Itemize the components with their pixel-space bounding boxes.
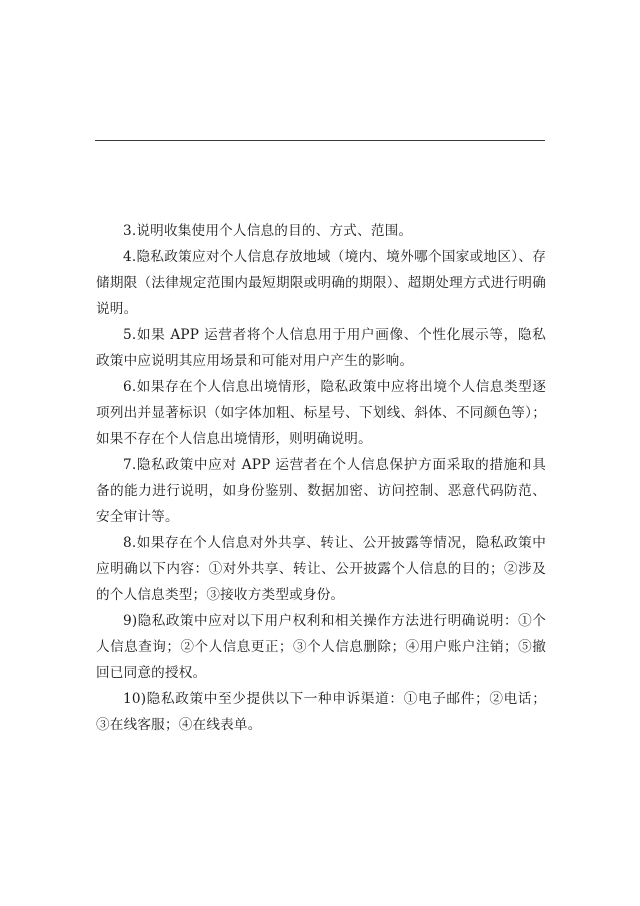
- header-rule: [95, 140, 545, 141]
- paragraph-10: 10)隐私政策中至少提供以下一种申诉渠道：①电子邮件；②电话；③在线客服；④在线…: [96, 686, 546, 738]
- paragraph-6: 6.如果存在个人信息出境情形，隐私政策中应将出境个人信息类型逐项列出并显著标识（…: [96, 374, 546, 452]
- paragraph-3: 3.说明收集使用个人信息的目的、方式、范围。: [96, 218, 546, 244]
- paragraph-7: 7.隐私政策中应对 APP 运营者在个人信息保护方面采取的措施和具备的能力进行说…: [96, 452, 546, 530]
- paragraph-8: 8.如果存在个人信息对外共享、转让、公开披露等情况，隐私政策中应明确以下内容：①…: [96, 530, 546, 608]
- paragraph-9: 9)隐私政策中应对以下用户权利和相关操作方法进行明确说明：①个人信息查询；②个人…: [96, 608, 546, 686]
- body-text: 3.说明收集使用个人信息的目的、方式、范围。 4.隐私政策应对个人信息存放地域（…: [96, 218, 546, 738]
- paragraph-4: 4.隐私政策应对个人信息存放地域（境内、境外哪个国家或地区）、存储期限（法律规定…: [96, 244, 546, 322]
- document-page: 3.说明收集使用个人信息的目的、方式、范围。 4.隐私政策应对个人信息存放地域（…: [0, 0, 640, 906]
- paragraph-5: 5.如果 APP 运营者将个人信息用于用户画像、个性化展示等，隐私政策中应说明其…: [96, 322, 546, 374]
